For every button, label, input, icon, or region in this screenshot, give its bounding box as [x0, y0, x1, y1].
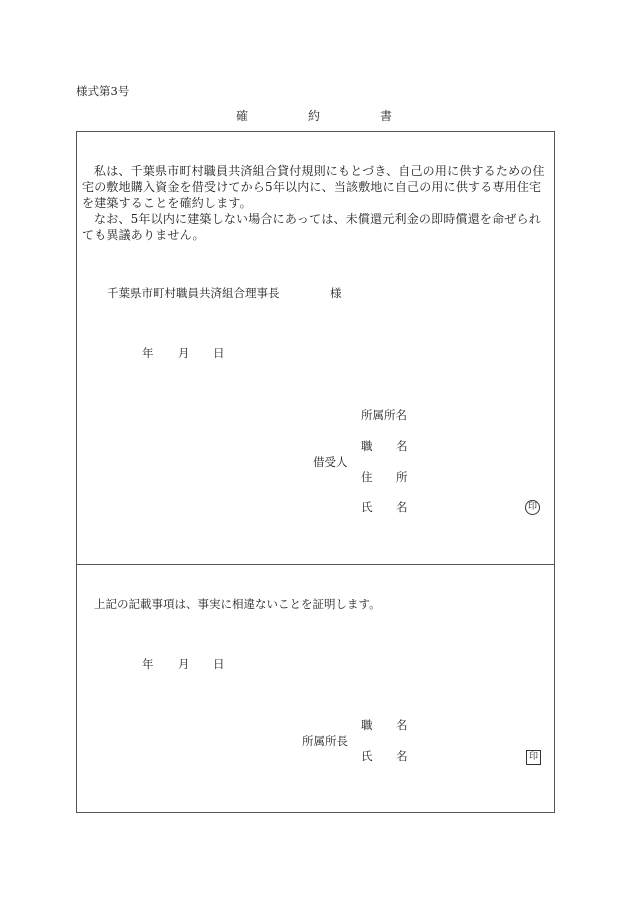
borrower-role-label: 借受人 [313, 457, 348, 469]
pledge-paragraph-1: 私は、千葉県市町村職員共済組合貸付規則にもとづき、自己の用に供するための住宅の敷… [82, 163, 552, 211]
borrower-name-label-1: 氏 [361, 502, 373, 514]
section-divider [76, 564, 555, 565]
borrower-title-label-1: 職 [361, 441, 373, 453]
pledge-text: 私は、千葉県市町村職員共済組合貸付規則にもとづき、自己の用に供するための住宅の敷… [82, 163, 552, 243]
addressee-honorific: 様 [330, 288, 342, 300]
day-label: 日 [213, 348, 225, 360]
pledge-paragraph-2: なお、5年以内に建築しない場合にあっては、未償還元利金の即時償還を命ぜられても異… [82, 211, 552, 243]
seal-circle-icon: 印 [525, 500, 540, 515]
year-label: 年 [142, 659, 154, 671]
title-char: 確 [236, 110, 248, 122]
addressee-name: 千葉県市町村職員共済組合理事長 [107, 288, 280, 300]
year-label: 年 [142, 348, 154, 360]
borrower-title-label-2: 名 [396, 441, 408, 453]
seal-square-icon: 印 [526, 750, 541, 765]
form-number: 様式第3号 [76, 86, 129, 98]
month-label: 月 [178, 659, 190, 671]
month-label: 月 [178, 348, 190, 360]
office-head-title-label-1: 職 [361, 720, 373, 732]
borrower-address-label-1: 住 [361, 472, 373, 484]
office-head-title-label-2: 名 [396, 720, 408, 732]
office-head-role-label: 所属所長 [302, 736, 348, 748]
borrower-name-label-2: 名 [396, 502, 408, 514]
certification-statement: 上記の記載事項は、事実に相違ないことを証明します。 [94, 599, 381, 611]
office-head-name-label-2: 名 [396, 751, 408, 763]
title-char: 書 [380, 110, 392, 122]
office-name-label: 所属所名 [361, 410, 407, 422]
day-label: 日 [213, 659, 225, 671]
office-head-name-label-1: 氏 [361, 751, 373, 763]
borrower-address-label-2: 所 [396, 472, 408, 484]
title-char: 約 [308, 110, 320, 122]
